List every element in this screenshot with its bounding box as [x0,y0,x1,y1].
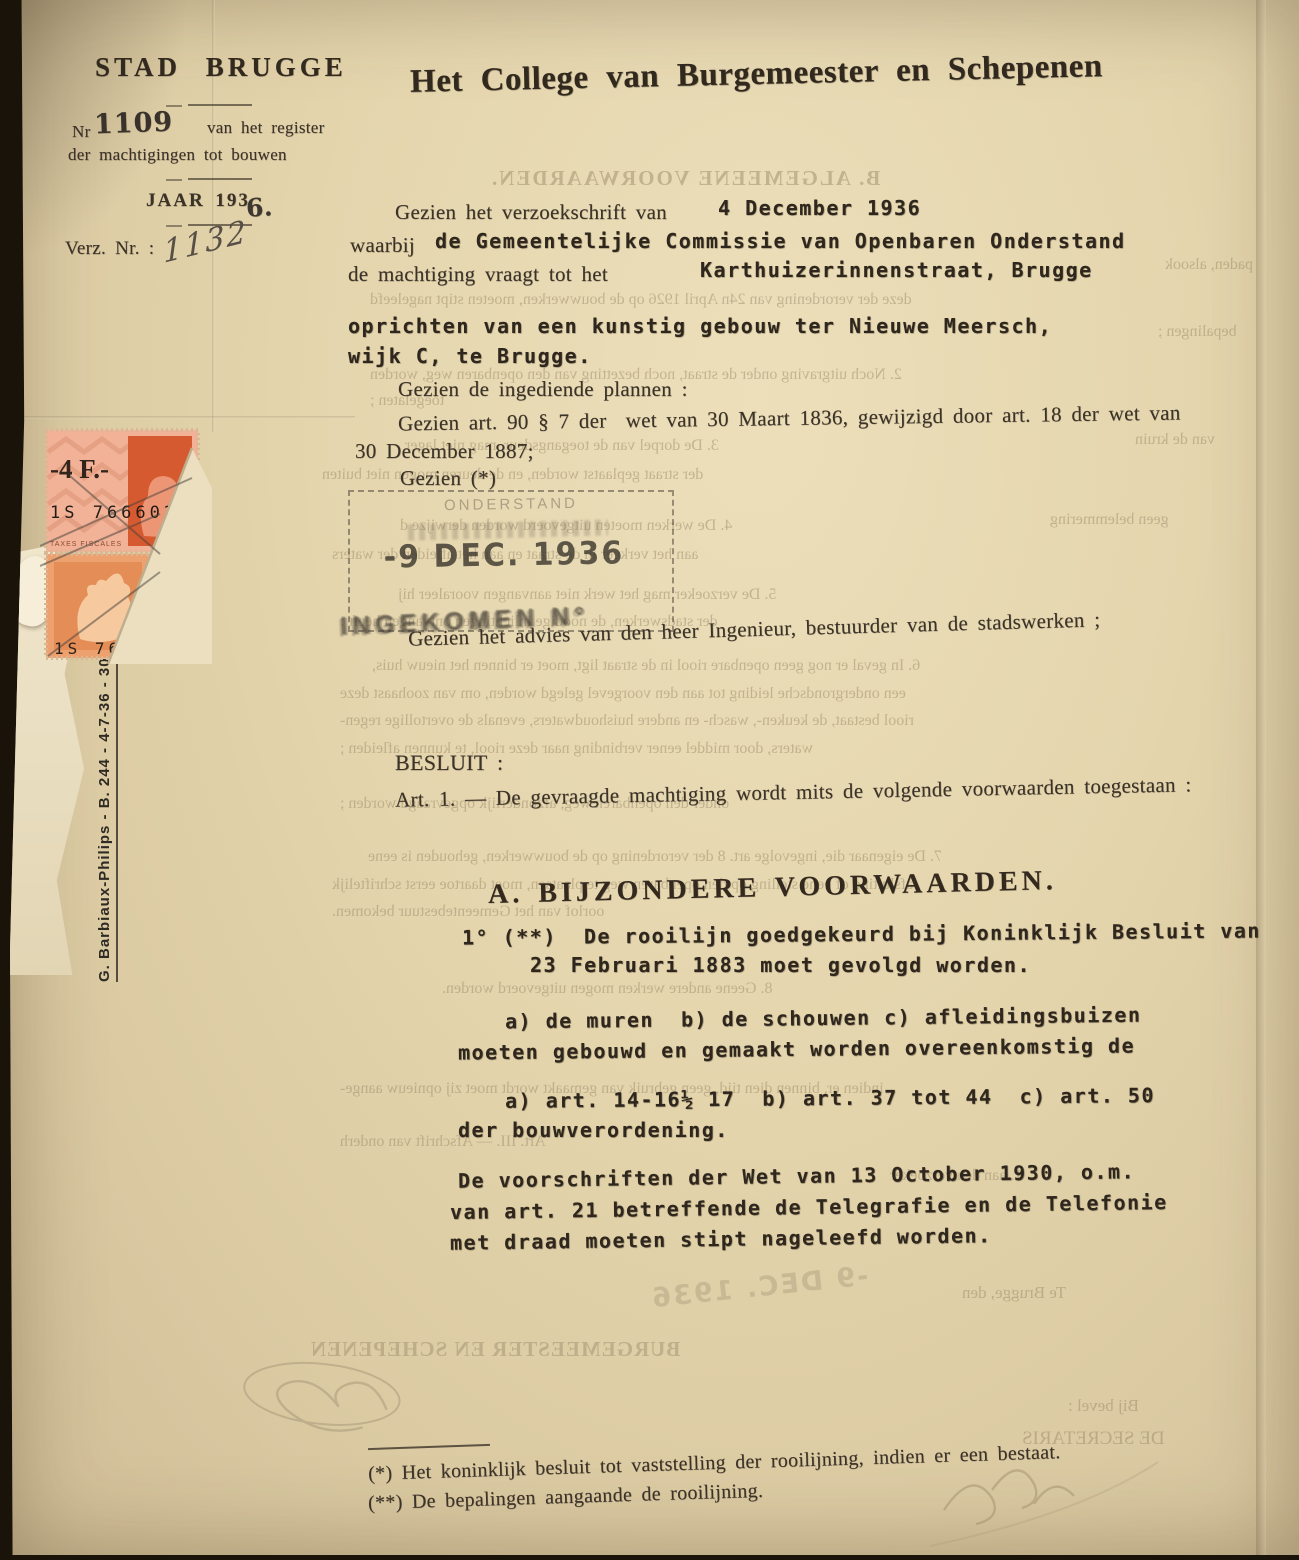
bleed-through-line: paden, alsook [1165,256,1253,274]
article1-line: Art. 1. — De gevraagde machtiging wordt … [395,772,1192,812]
special-conditions-heading: A. BIJZONDERE VOORWAARDEN. [488,865,1058,911]
applicant-typed: de Gemeentelijke Commissie van Openbaren… [435,229,1126,253]
law-line2: 30 December 1887; [355,439,534,464]
condition4-line1-typed: De voorschriften der Wet van 13 October … [458,1159,1135,1192]
photographed-document: { "header": { "city": "STAD BRUGGE", "nr… [0,0,1299,1560]
request-date-typed: 4 December 1936 [718,196,921,220]
condition4-line3-typed: met draad moeten stipt nageleefd worden. [450,1223,992,1255]
plans-line: Gezien de ingediende plannen : [398,377,688,402]
bleed-through-line: riool bestaat, de keuken-, wasch- en and… [340,712,914,730]
divider-dash [188,178,252,180]
received-date-stamp: -9 DEC. 1936 [350,534,659,576]
register-nr-label: Nr [72,122,91,142]
pencil-scribble [930,1448,1160,1553]
bleed-through-signature [231,1339,414,1447]
document-page: B. ALGEMEENE VOORWAARDEN. paden, alsook … [10,0,1299,1555]
bleed-through-line: geen belemmering [1050,511,1169,529]
divider-dash [188,104,252,106]
svg-text:-4 F.-: -4 F.- [50,454,109,484]
condition2-line1-typed: a) de muren b) de schouwen c) afleidings… [505,1003,1142,1034]
bleed-through-line: Bij bevel : [1068,1396,1139,1416]
city-name: STAD BRUGGE [95,52,347,83]
bleed-through-line: B. ALGEMEENE VOORWAARDEN. [490,166,880,191]
law-line1: Gezien art. 90 § 7 der wet van 30 Maart … [398,401,1181,437]
request-intro: Gezien het verzoekschrift van [395,200,667,225]
condition2-line2-typed: moeten gebouwd en gemaakt worden overeen… [458,1033,1135,1064]
fold-crease-horizontal [10,416,355,419]
waarbij-label: waarbij [350,233,415,258]
footnote-2: (**) De bepalingen aangaande de rooilijn… [368,1480,764,1515]
year-stamped-digit: 6. [245,192,273,222]
register-nr-value: 1109 [93,107,173,141]
received-stamp-org: ONDERSTAND [350,493,672,516]
bleed-through-date-stamp: -9 DEC. 1936 [649,1261,870,1315]
bleed-through-line: bepalingen ; [1158,323,1237,341]
bleed-through-line: 6. In geval er nog geen openbare riool i… [372,657,920,675]
work-line1-typed: oprichten van een kunstig gebouw ter Nie… [348,314,1052,338]
work-line2-typed: wijk C, te Brugge. [348,344,592,368]
received-stamp-box: ONDERSTAND -9 DEC. 1936 INGEKOMEN N° [348,490,674,632]
condition1-line1-typed: 1° (**) De rooilijn goedgekeurd bij Koni… [462,919,1261,950]
bleed-through-line: deze der verordening van 24n April 1926 … [370,291,912,309]
location-typed: Karthuizerinnenstraat, Brugge [700,258,1093,282]
register-line2: der machtigingen tot bouwen [68,145,287,165]
bleed-through-line: Te Brugge, den [962,1283,1066,1303]
besluit-label: BESLUIT : [395,750,503,776]
bleed-through-line: der straat geplaatst worden, en de deure… [322,466,703,484]
condition1-line2-typed: 23 Februari 1883 moet gevolgd worden. [530,953,1031,977]
fold-crease-vertical-right [1256,0,1266,1555]
request-label: de machtiging vraagt tot het [348,262,608,287]
bleed-through-line: van de kruin [1135,431,1215,449]
condition3-line1-typed: a) art. 14-16½ 17 b) art. 37 tot 44 c) a… [505,1083,1155,1113]
register-line1: van het register [207,118,325,138]
revenue-stamps: -4 F.- 1S 766602 TAXES FISCALES 1S 76 [40,424,212,664]
document-title: Het College van Burgemeester en Schepene… [410,48,1103,101]
gezien-ref: Gezien (*) [400,466,496,491]
verz-nr-label: Verz. Nr. : [65,238,154,260]
bleed-through-line: 7. De eigenaar die, ingevolge art. 8 der… [368,848,942,866]
year-label: JAAR 193 [146,190,250,212]
printer-imprint: G. Barbiaux-Philips - B. 244 - 4-7-36 - … [96,646,118,982]
bleed-through-line: 8. Geene andere werken mogen uitgevoerd … [442,980,773,998]
condition4-line2-typed: van art. 21 betreffende de Telegrafie en… [450,1190,1168,1224]
condition3-line2-typed: der bouwverordening. [458,1118,729,1142]
verz-nr-handwritten: 1132 [163,213,249,271]
bleed-through-line: een ondergrondsche leiding tot aan den v… [340,685,906,703]
